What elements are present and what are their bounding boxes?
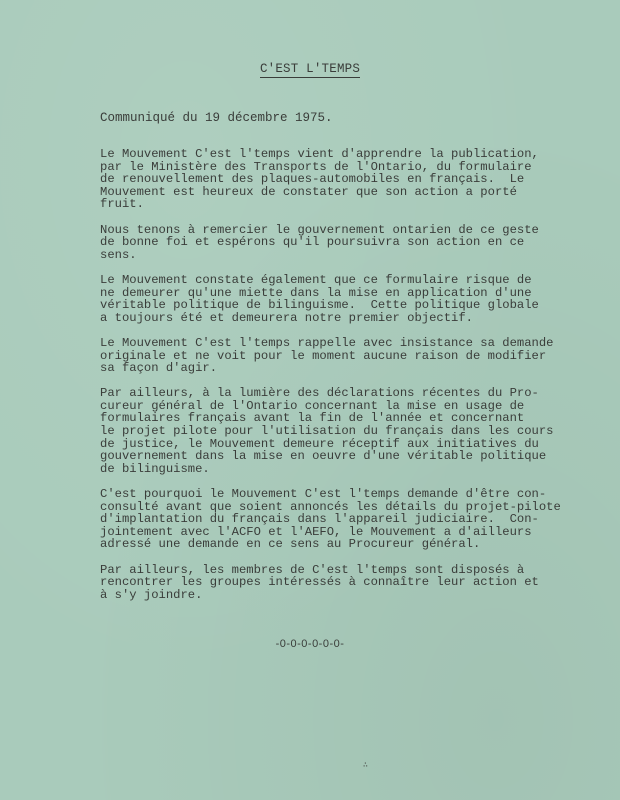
document-title-text: C'EST L'TEMPS <box>260 62 360 78</box>
text-line: adressé une demande en ce sens au Procur… <box>100 538 600 551</box>
text-line: Par ailleurs, à la lumière des déclarati… <box>100 387 600 400</box>
paragraph-5: Par ailleurs, à la lumière des déclarati… <box>100 387 600 475</box>
paragraph-6: C'est pourquoi le Mouvement C'est l'temp… <box>100 488 600 551</box>
dateline: Communiqué du 19 décembre 1975. <box>100 111 333 125</box>
document-title: C'EST L'TEMPS <box>0 62 620 76</box>
end-marker: -0-0-0-0-0-0- <box>0 638 620 650</box>
text-line: gouvernement dans la mise en oeuvre d'un… <box>100 450 600 463</box>
text-line: de bilinguisme. <box>100 463 600 476</box>
text-line: sa façon d'agir. <box>100 362 600 375</box>
footer-ink-mark: ∴ <box>363 760 368 770</box>
text-line: Mouvement est heureux de constater que s… <box>100 186 600 199</box>
text-line: a toujours été et demeurera notre premie… <box>100 312 600 325</box>
text-line: le projet pilote pour l'utilisation du f… <box>100 425 600 438</box>
paragraph-7: Par ailleurs, les membres de C'est l'tem… <box>100 564 600 602</box>
text-line: de renouvellement des plaques-automobile… <box>100 173 600 186</box>
document-body: Le Mouvement C'est l'temps vient d'appre… <box>100 148 600 614</box>
text-line: sens. <box>100 249 600 262</box>
text-line: à s'y joindre. <box>100 589 600 602</box>
paragraph-1: Le Mouvement C'est l'temps vient d'appre… <box>100 148 600 211</box>
text-line: rencontrer les groupes intéressés à conn… <box>100 576 600 589</box>
paragraph-3: Le Mouvement constate également que ce f… <box>100 274 600 324</box>
text-line: de bonne foi et espérons qu'il poursuivr… <box>100 236 600 249</box>
text-line: Le Mouvement C'est l'temps vient d'appre… <box>100 148 600 161</box>
text-line: C'est pourquoi le Mouvement C'est l'temp… <box>100 488 600 501</box>
document-page: C'EST L'TEMPS Communiqué du 19 décembre … <box>0 0 620 800</box>
text-line: véritable politique de bilinguisme. Cett… <box>100 299 600 312</box>
text-line: fruit. <box>100 198 600 211</box>
paragraph-4: Le Mouvement C'est l'temps rappelle avec… <box>100 337 600 375</box>
text-line: Le Mouvement C'est l'temps rappelle avec… <box>100 337 600 350</box>
text-line: Le Mouvement constate également que ce f… <box>100 274 600 287</box>
paragraph-2: Nous tenons à remercier le gouvernement … <box>100 224 600 262</box>
text-line: d'implantation du français dans l'appare… <box>100 513 600 526</box>
